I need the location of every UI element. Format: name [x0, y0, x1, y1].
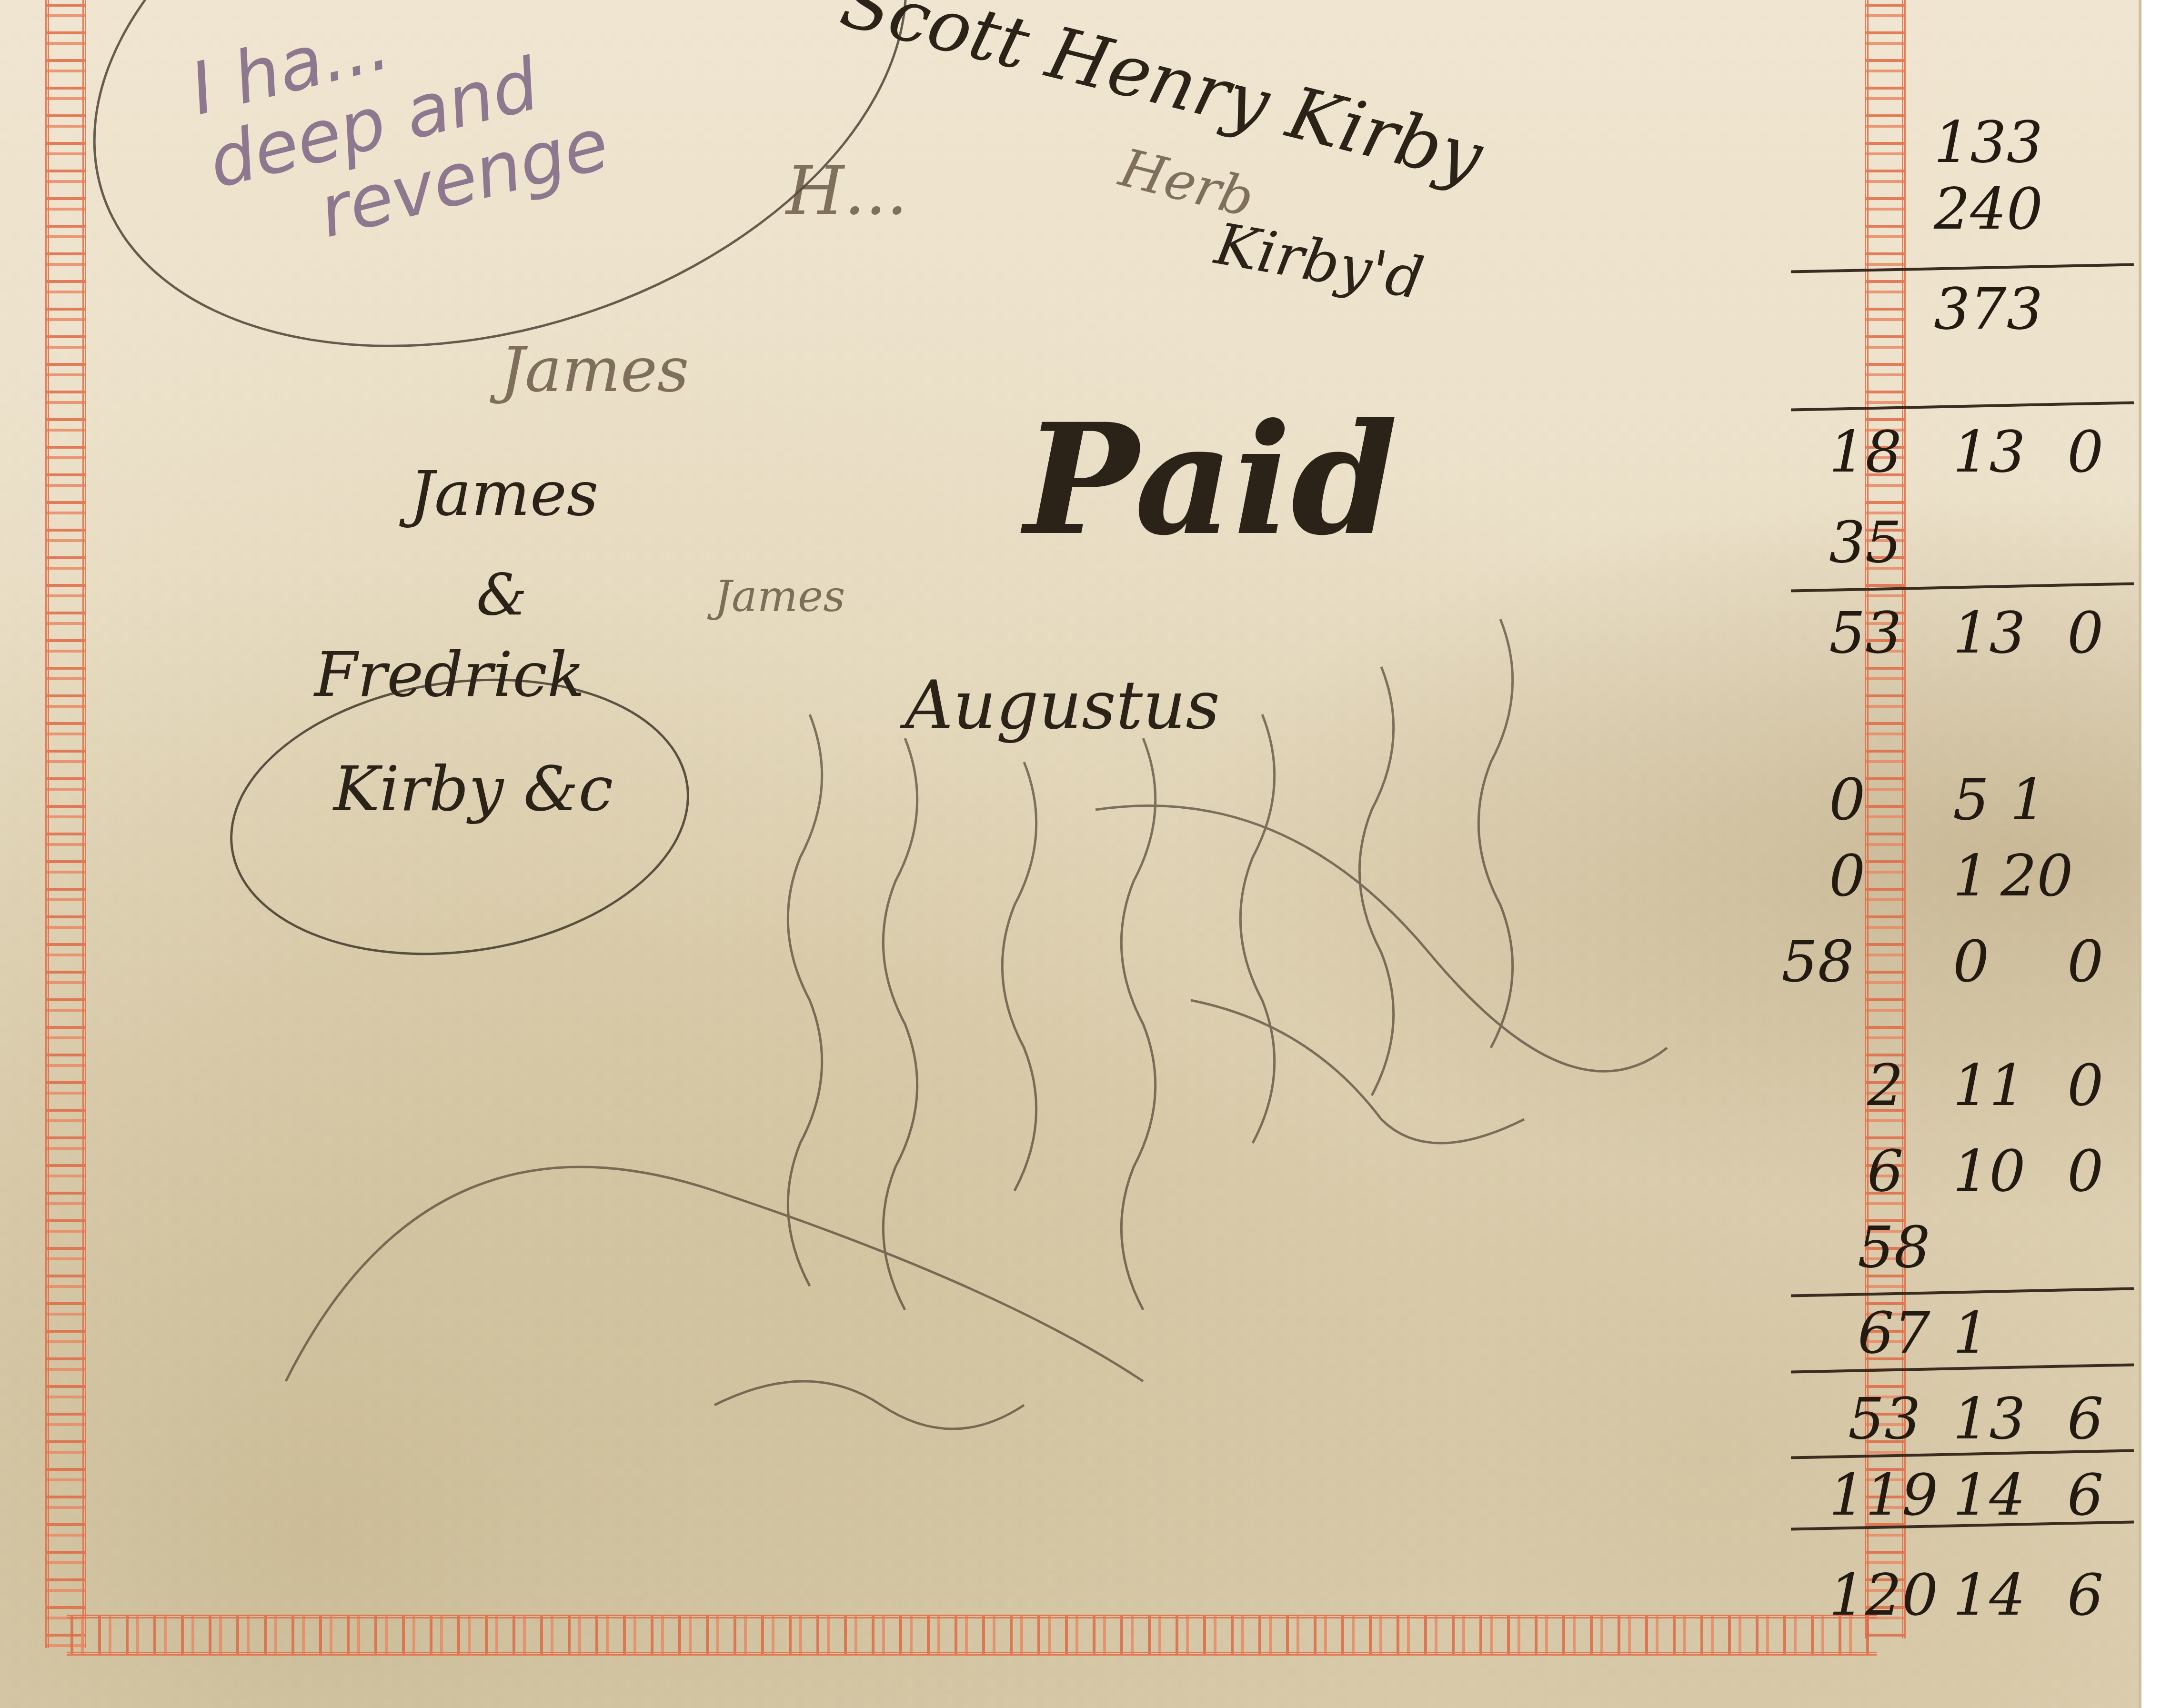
figure-row: 0 5 1	[1810, 772, 2134, 829]
manuscript-sheet: I ha... deep and revenge Scott Henry Kir…	[0, 0, 2141, 1708]
pen-flourishes	[0, 0, 1905, 1708]
figure-row: 373	[1810, 281, 2134, 338]
figure-row: 0 1 20	[1810, 848, 2134, 905]
figure-row: 58	[1810, 1219, 2134, 1276]
figure-row: 6 10 0	[1810, 1143, 2134, 1200]
figure-row: 35	[1810, 514, 2134, 572]
figure-row: 133	[1810, 114, 2134, 171]
figure-row: 2 11 0	[1810, 1057, 2134, 1115]
figure-row: 120 14 6	[1810, 1567, 2134, 1624]
figure-row: 240	[1810, 181, 2134, 238]
figure-row: 58 0 0	[1810, 934, 2134, 991]
figure-row: 18 13 0	[1810, 424, 2134, 481]
figure-row: 67 1	[1810, 1305, 2134, 1362]
figure-row: 53 13 0	[1810, 605, 2134, 662]
figure-row: 119 14 6	[1810, 1467, 2134, 1524]
figure-row: 53 13 6	[1810, 1391, 2134, 1448]
